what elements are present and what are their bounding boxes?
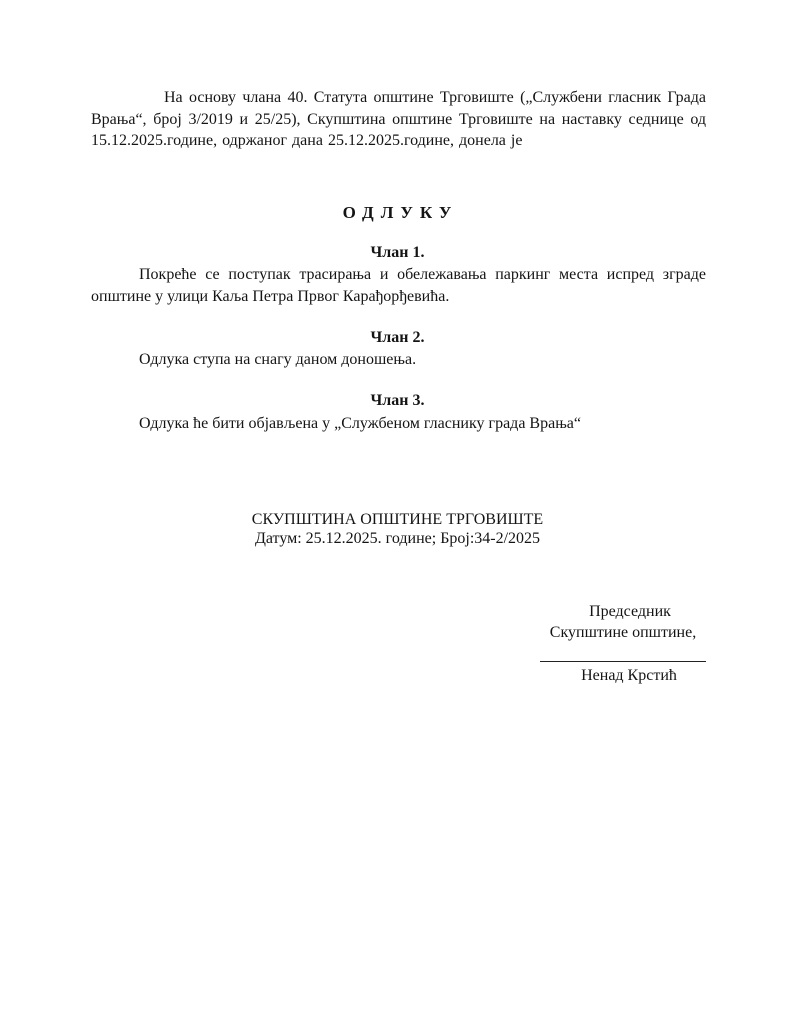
signatory-title-line-1: Председник bbox=[540, 601, 706, 622]
signature-line bbox=[540, 661, 706, 662]
article-3-body: Одлука ће бити објављена у „Службеном гл… bbox=[91, 413, 706, 435]
article-1-heading: Члан 1. bbox=[0, 244, 789, 262]
signatory-title-line-2: Скупштине општине, bbox=[540, 622, 706, 643]
signature-block: Председник Скупштине општине, Ненад Крст… bbox=[540, 601, 706, 686]
signatory-name: Ненад Крстић bbox=[540, 666, 706, 686]
document-page: На основу члана 40. Статута општине Трго… bbox=[0, 0, 789, 1024]
issuer-block: СКУПШТИНА ОПШТИНЕ ТРГОВИШТЕ Датум: 25.12… bbox=[0, 510, 789, 548]
issuer-date-number: Датум: 25.12.2025. године; Број:34-2/202… bbox=[0, 529, 789, 548]
article-1-body: Покреће се поступак трасирања и обележав… bbox=[91, 264, 706, 308]
issuer-name: СКУПШТИНА ОПШТИНЕ ТРГОВИШТЕ bbox=[0, 510, 789, 529]
preamble-paragraph: На основу члана 40. Статута општине Трго… bbox=[91, 87, 706, 152]
article-3-heading: Члан 3. bbox=[0, 392, 789, 410]
article-2-heading: Члан 2. bbox=[0, 329, 789, 347]
article-2-body: Одлука ступа на снагу даном доношења. bbox=[91, 349, 706, 371]
document-title: ОДЛУКУ bbox=[0, 203, 789, 223]
